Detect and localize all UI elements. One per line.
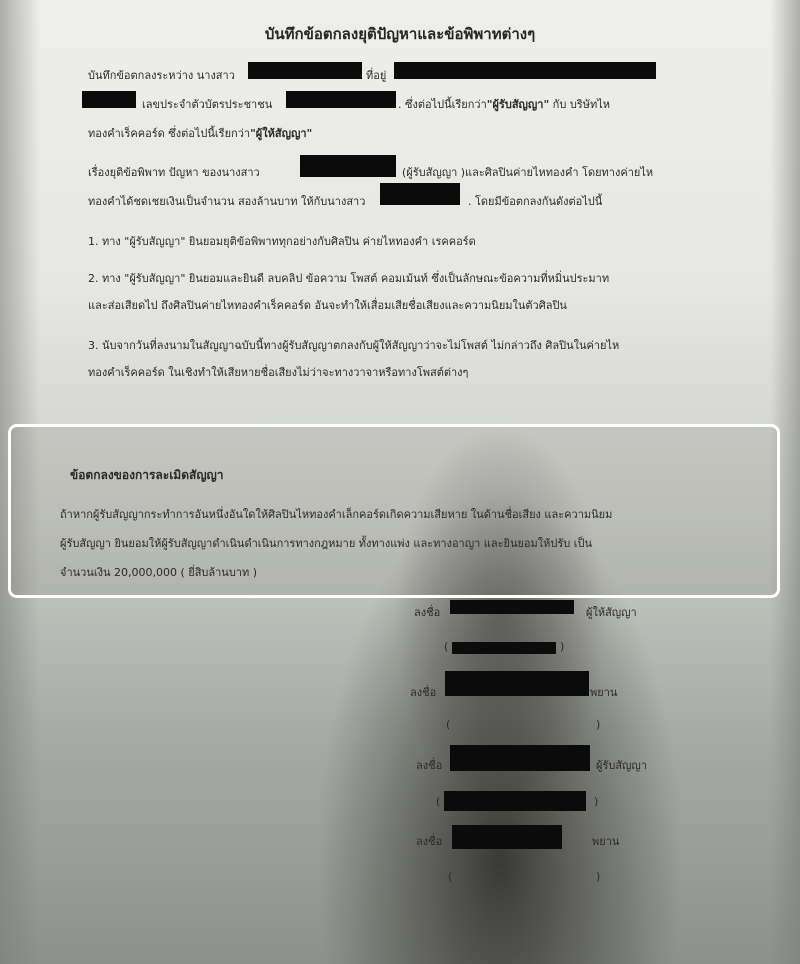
sign-label: ลงชื่อ [416, 756, 442, 774]
clause-1-text: ทาง "ผู้รับสัญญา" ยินยอมยุติข้อพิพาททุกอ… [102, 235, 476, 248]
signature-role: ผู้รับสัญญา [596, 756, 647, 774]
clause-2: 2. ทาง "ผู้รับสัญญา" ยินยอมและยินดี ลบคล… [88, 269, 609, 287]
redacted-name-3 [380, 183, 460, 205]
redacted-printed-name [444, 791, 586, 811]
breach-line-1: ถ้าหากผู้รับสัญญากระทำการอันหนึ่งอันใดให… [60, 505, 612, 523]
intro-id-label: เลขประจำตัวบัตรประชาชน [142, 95, 272, 113]
paren-open: ( [448, 870, 452, 883]
paren-open: ( [444, 640, 448, 653]
intro-with-label: กับ บริษัทไห [549, 98, 610, 111]
intro-line1-prefix: บันทึกข้อตกลงระหว่าง นางสาว [88, 66, 235, 84]
subject-line1-suffix: (ผู้รับสัญญา )และศิลปินค่ายไหทองคำ โดยทา… [402, 163, 653, 181]
sign-label: ลงชื่อ [410, 683, 436, 701]
paren-close: ) [596, 870, 600, 883]
document-title: บันทึกข้อตกลงยุติปัญหาและข้อพิพาทต่างๆ [0, 22, 800, 46]
redacted-name [248, 62, 362, 79]
clause-2-text-line1: ทาง "ผู้รับสัญญา" ยินยอมและยินดี ลบคลิป … [102, 272, 609, 285]
subject-line2-prefix: ทองคำได้ชดเชยเงินเป็นจำนวน สองล้านบาท ให… [88, 192, 365, 210]
clause-3-number: 3. [88, 339, 99, 352]
intro-called-label: . ซึ่งต่อไปนี้เรียกว่า [398, 98, 487, 111]
intro-address-label: ที่อยู่ [366, 66, 386, 84]
intro-line3: ทองคำเร็คคอร์ด ซึ่งต่อไปนี้เรียกว่า"ผู้ใ… [88, 124, 312, 142]
signature-role: ผู้ให้สัญญา [586, 603, 637, 621]
breach-line-3: จำนวนเงิน 20,000,000 ( ยี่สิบล้านบาท ) [60, 563, 257, 581]
clause-3: 3. นับจากวันที่ลงนามในสัญญาฉบับนี้ทางผู้… [88, 336, 619, 354]
clause-2-number: 2. [88, 272, 99, 285]
signature-role: พยาน [590, 683, 617, 701]
intro-line2-suffix: . ซึ่งต่อไปนี้เรียกว่า"ผู้รับสัญญา" กับ … [398, 95, 610, 113]
redacted-id-number [286, 91, 396, 108]
paren-open: ( [446, 718, 450, 731]
redacted-signature [445, 671, 589, 696]
paren-open: ( [436, 795, 440, 808]
intro-line3-prefix: ทองคำเร็คคอร์ด ซึ่งต่อไปนี้เรียกว่า [88, 127, 250, 140]
sign-label: ลงชื่อ [416, 832, 442, 850]
redacted-address [394, 62, 656, 79]
redacted-signature [450, 745, 590, 771]
breach-line-2: ผู้รับสัญญา ยินยอมให้ผู้รับสัญญาดำเนินดำ… [60, 534, 592, 552]
party-recipient-term: "ผู้รับสัญญา" [487, 98, 549, 111]
redacted-signature [452, 825, 562, 849]
subject-line1-prefix: เรื่องยุติข้อพิพาท ปัญหา ของนางสาว [88, 163, 260, 181]
breach-heading: ข้อตกลงของการละเมิดสัญญา [70, 466, 224, 485]
paren-close: ) [594, 795, 598, 808]
redacted-address-cont [82, 91, 136, 108]
clause-2-text-line2: และส่อเสียดไป ถึงศิลปินค่ายไหทองคำเร็คคอ… [88, 296, 567, 314]
clause-3-text-line1: นับจากวันที่ลงนามในสัญญาฉบับนี้ทางผู้รับ… [102, 339, 619, 352]
paren-close: ) [560, 640, 564, 653]
redacted-signature [450, 600, 574, 614]
subject-line2-suffix: . โดยมีข้อตกลงกันดังต่อไปนี้ [468, 192, 602, 210]
redacted-name-2 [300, 155, 396, 177]
clause-3-text-line2: ทองคำเร็คคอร์ด ในเชิงทำให้เสียหายชื่อเสี… [88, 363, 468, 381]
sign-label: ลงชื่อ [414, 603, 440, 621]
party-grantor-term: "ผู้ให้สัญญา" [250, 127, 312, 140]
redacted-printed-name [452, 642, 556, 654]
signature-role: พยาน [592, 832, 619, 850]
clause-1: 1. ทาง "ผู้รับสัญญา" ยินยอมยุติข้อพิพาทท… [88, 232, 476, 250]
clause-1-number: 1. [88, 235, 99, 248]
paren-close: ) [596, 718, 600, 731]
